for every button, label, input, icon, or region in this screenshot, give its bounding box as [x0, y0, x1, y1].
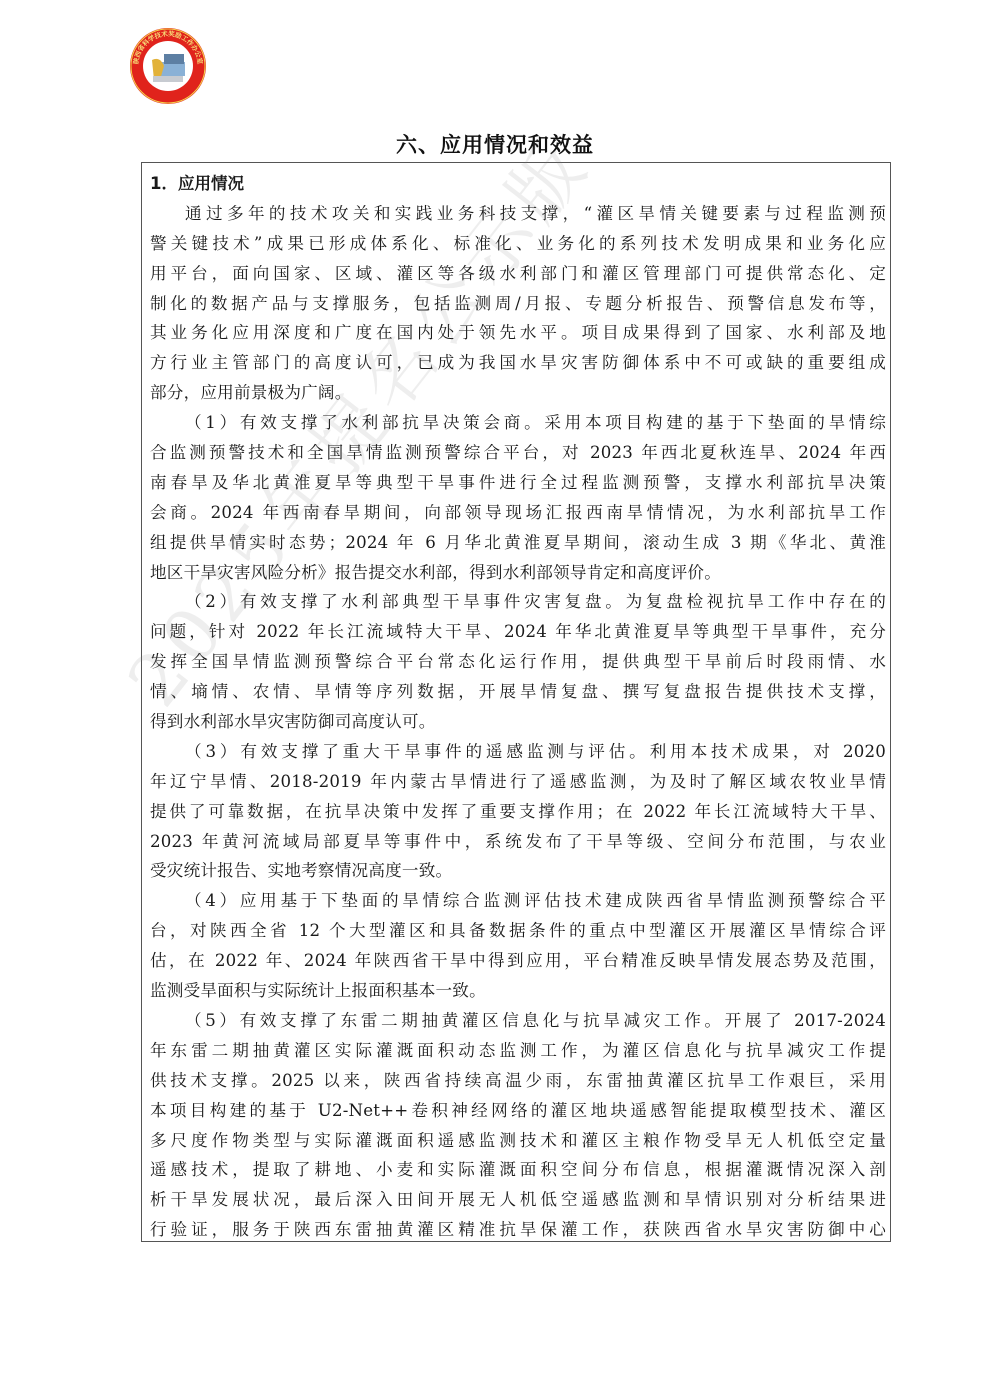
- paragraph-line: 2023 年黄河流域局部夏旱等事件中，系统发布了干旱等级、空间分布范围，与农业: [150, 827, 886, 857]
- paragraph-line: 年辽宁旱情、2018-2019 年内蒙古旱情进行了遥感监测，为及时了解区域农牧业…: [150, 767, 886, 797]
- application-section-box: 1．应用情况 通过多年的技术攻关和实践业务科技支撑，“灌区旱情关键要素与过程监测…: [141, 162, 891, 1242]
- paragraph-line: 析干旱发展状况，最后深入田间开展无人机低空遥感监测和旱情识别对分析结果进: [150, 1185, 886, 1215]
- paragraph-line: 行验证，服务于陕西东雷抽黄灌区精准抗旱保灌工作，获陕西省水旱灾害防御中心: [150, 1215, 886, 1245]
- page-title: 六、应用情况和效益: [0, 130, 990, 160]
- paragraph-line: 其业务化应用深度和广度在国内处于领先水平。项目成果得到了国家、水利部及地: [150, 318, 886, 348]
- paragraph-line: 地区干旱灾害风险分析》报告提交水利部，得到水利部领导肯定和高度评价。: [150, 558, 886, 588]
- paragraph-line: 会商。2024 年西南春旱期间，向部领导现场汇报西南旱情情况，为水利部抗旱工作: [150, 498, 886, 528]
- paragraph-line: 南春旱及华北黄淮夏旱等典型干旱事件进行全过程监测预警，支撑水利部抗旱决策: [150, 468, 886, 498]
- paragraph-line: 方行业主管部门的高度认可，已成为我国水旱灾害防御体系中不可或缺的重要组成: [150, 348, 886, 378]
- paragraph-line: 警关键技术”成果已形成体系化、标准化、业务化的系列技术发明成果和业务化应: [150, 229, 886, 259]
- paragraph-line: 制化的数据产品与支撑服务，包括监测周/月报、专题分析报告、预警信息发布等，: [150, 289, 886, 319]
- paragraph-line: 问题，针对 2022 年长江流域特大干旱、2024 年华北黄淮夏旱等典型干旱事件…: [150, 617, 886, 647]
- paragraph-line: 台，对陕西全省 12 个大型灌区和具备数据条件的重点中型灌区开展灌区旱情综合评: [150, 916, 886, 946]
- paragraph-line: 遥感技术，提取了耕地、小麦和实际灌溉面积空间分布信息，根据灌溉情况深入剖: [150, 1155, 886, 1185]
- paragraph-line: 发挥全国旱情监测预警综合平台常态化运行作用，提供典型干旱前后时段雨情、水: [150, 647, 886, 677]
- paragraph-line: 组提供旱情实时态势；2024 年 6 月华北黄淮夏旱期间，滚动生成 3 期《华北…: [150, 528, 886, 558]
- paragraph-line: （1）有效支撑了水利部抗旱决策会商。采用本项目构建的基于下垫面的旱情综: [150, 408, 886, 438]
- paragraph-line: 合监测预警技术和全国旱情监测预警综合平台，对 2023 年西北夏秋连旱、2024…: [150, 438, 886, 468]
- paragraph-line: 通过多年的技术攻关和实践业务科技支撑，“灌区旱情关键要素与过程监测预: [150, 199, 886, 229]
- organization-logo: 陕西省科学技术奖励工作办公室: [128, 26, 208, 106]
- paragraph-line: 情、墒情、农情、旱情等序列数据，开展旱情复盘、撰写复盘报告提供技术支撑，: [150, 677, 886, 707]
- paragraph-line: 年东雷二期抽黄灌区实际灌溉面积动态监测工作，为灌区信息化与抗旱减灾工作提: [150, 1036, 886, 1066]
- paragraph-line: 受灾统计报告、实地考察情况高度一致。: [150, 856, 886, 886]
- paragraph-line: 用平台，面向国家、区域、灌区等各级水利部门和灌区管理部门可提供常态化、定: [150, 259, 886, 289]
- paragraph-line: 估，在 2022 年、2024 年陕西省干旱中得到应用，平台精准反映旱情发展态势…: [150, 946, 886, 976]
- paragraph-line: 监测受旱面积与实际统计上报面积基本一致。: [150, 976, 886, 1006]
- paragraph-line: 多尺度作物类型与实际灌溉面积遥感监测技术和灌区主粮作物受旱无人机低空定量: [150, 1126, 886, 1156]
- section-content: 1．应用情况 通过多年的技术攻关和实践业务科技支撑，“灌区旱情关键要素与过程监测…: [150, 169, 886, 1245]
- paragraph-line: 供技术支撑。2025 以来，陕西省持续高温少雨，东雷抽黄灌区抗旱工作艰巨，采用: [150, 1066, 886, 1096]
- paragraph-line: 部分，应用前景极为广阔。: [150, 378, 886, 408]
- section-heading: 1．应用情况: [150, 169, 886, 199]
- paragraph-line: 提供了可靠数据，在抗旱决策中发挥了重要支撑作用；在 2022 年长江流域特大干旱…: [150, 797, 886, 827]
- paragraph-line: （4）应用基于下垫面的旱情综合监测评估技术建成陕西省旱情监测预警综合平: [150, 886, 886, 916]
- paragraph-line: （2）有效支撑了水利部典型干旱事件灾害复盘。为复盘检视抗旱工作中存在的: [150, 587, 886, 617]
- paragraph-line: 本项目构建的基于 U2-Net++卷积神经网络的灌区地块遥感智能提取模型技术、灌…: [150, 1096, 886, 1126]
- paragraph-line: （3）有效支撑了重大干旱事件的遥感监测与评估。利用本技术成果，对 2020: [150, 737, 886, 767]
- paragraph-line: 得到水利部水旱灾害防御司高度认可。: [150, 707, 886, 737]
- paragraph-line: （5）有效支撑了东雷二期抽黄灌区信息化与抗旱减灾工作。开展了 2017-2024: [150, 1006, 886, 1036]
- seal-emblem-icon: 陕西省科学技术奖励工作办公室: [128, 26, 208, 106]
